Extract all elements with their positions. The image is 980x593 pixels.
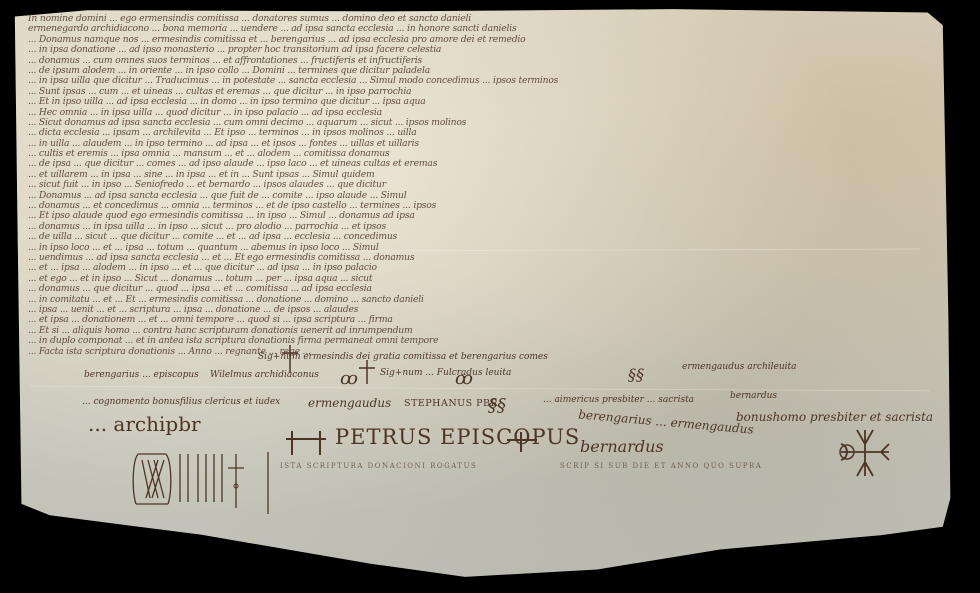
subscriber-ermengaudus: ermengaudus <box>308 396 391 410</box>
flourish-glyph: ꝏ <box>455 368 473 389</box>
subscriber-ermengaudus-archileuita: ermengaudus archileuita <box>682 362 797 372</box>
text-line: ... et ego ... et in ipso ... Sicut ... … <box>28 274 948 284</box>
text-line: ... in duplo componat ... et in antea is… <box>28 336 948 346</box>
text-line: ... Et si ... aliquis homo ... contra ha… <box>28 326 948 336</box>
text-line: ... in ipso loco ... et ... ipsa ... tot… <box>28 243 948 253</box>
text-line: In nomine domini ... ego ermensindis com… <box>28 14 948 24</box>
flourish-glyph: ꝏ <box>340 368 358 389</box>
text-line: ... donamus ... et concedimus ... omnia … <box>28 201 948 211</box>
text-line: ... in ipsa donatione ... ad ipso monast… <box>28 45 948 55</box>
subscriber-bonusfilius: ... cognomento bonusfilius clericus et i… <box>82 397 280 407</box>
subscriber-bonushomo: bonushomo presbiter et sacrista <box>736 410 933 424</box>
text-line: ... in uilla ... alaudem ... in ipso ter… <box>28 139 948 149</box>
text-line: ... et ipsa ... donationem ... et ... om… <box>28 315 948 325</box>
text-line: ... Et ipso alaude quod ego ermesindis c… <box>28 211 948 221</box>
subscriber-wilelmus: Wilelmus archidiaconus <box>210 370 319 380</box>
text-line: ... sicut fuit ... in ipso ... Seniofred… <box>28 180 948 190</box>
text-line: ... in comitatu ... et ... Et ... ermesi… <box>28 295 948 305</box>
text-line: ... uendimus ... ad ipsa sancta ecclesia… <box>28 253 948 263</box>
monogram-drawing-icon <box>128 448 278 518</box>
signature-bernardus: bernardus <box>580 437 664 456</box>
flourish-glyph: §§ <box>488 395 506 416</box>
cross-sign-icon <box>357 360 377 384</box>
subscriber-aimericus: ... aimericus presbiter ... sacrista <box>543 395 694 405</box>
cross-sign-icon <box>282 425 330 461</box>
text-line: ermenegardo archidiacono ... bona memori… <box>28 24 948 34</box>
sign-fulcradus: Sig+num ... Fulcradus leuita <box>380 368 511 378</box>
text-line: ... donamus ... que dicitur ... quod ...… <box>28 284 948 294</box>
cross-sign-icon <box>280 345 300 373</box>
text-line: ... cultis et eremis ... ipsa omnia ... … <box>28 149 948 159</box>
text-line: ... Sunt ipsas ... cum ... et uineas ...… <box>28 87 948 97</box>
scribe-line: ISTA SCRIPTURA DONACIONI ROGATUS <box>280 462 477 470</box>
text-line: ... de ipsa ... que dicitur ... comes ..… <box>28 159 948 169</box>
scribe-line-continued: SCRIP SI SUB DIE ET ANNO QUO SUPRA <box>560 462 762 470</box>
cross-sign-icon <box>505 430 539 454</box>
text-line: ... dicta ecclesia ... ipsam ... archile… <box>28 128 948 138</box>
text-line: ... donamus ... cum omnes suos terminos … <box>28 56 948 66</box>
text-line: ... et uillarem ... in ipsa ... sine ...… <box>28 170 948 180</box>
text-line: ... Donamus ... ad ipsa sancta ecclesia … <box>28 191 948 201</box>
text-line: ... et ... ipsa ... alodem ... in ipso .… <box>28 263 948 273</box>
subscriber-berengarius: berengarius ... episcopus <box>84 370 199 380</box>
text-line: ... donamus ... in ipsa uilla ... in ips… <box>28 222 948 232</box>
text-line: ... ipsa ... uenit ... et ... scriptura … <box>28 305 948 315</box>
charter-body-text: In nomine domini ... ego ermensindis com… <box>28 14 948 357</box>
text-line: ... in ipsa uilla que dicitur ... Traduc… <box>28 76 948 86</box>
monogram-signature-archipbr: ... archipbr <box>88 412 201 436</box>
text-line: ... de ipsum alodem ... in oriente ... i… <box>28 66 948 76</box>
text-line: ... de uilla ... sicut ... que dicitur .… <box>28 232 948 242</box>
text-line: ... Donamus namque nos ... ermesindis co… <box>28 35 948 45</box>
text-line: ... Hec omnia ... in ipsa uilla ... quod… <box>28 108 948 118</box>
text-line: ... Et in ipso uilla ... ad ipsa ecclesi… <box>28 97 948 107</box>
ornate-cross-monogram-icon <box>835 428 895 478</box>
flourish-glyph: §§ <box>628 365 644 384</box>
subscriber-stephanus: STEPHANUS PBR <box>404 398 498 409</box>
bishop-signature-petrus: PETRUS EPISCOPUS <box>335 425 580 449</box>
sign-ermesindis: Sig+num ermesindis dei gratia comitissa … <box>258 352 548 362</box>
text-line: ... Sicut donamus ad ipsa sancta ecclesi… <box>28 118 948 128</box>
subscriber-bernardus-small: bernardus <box>730 391 777 401</box>
